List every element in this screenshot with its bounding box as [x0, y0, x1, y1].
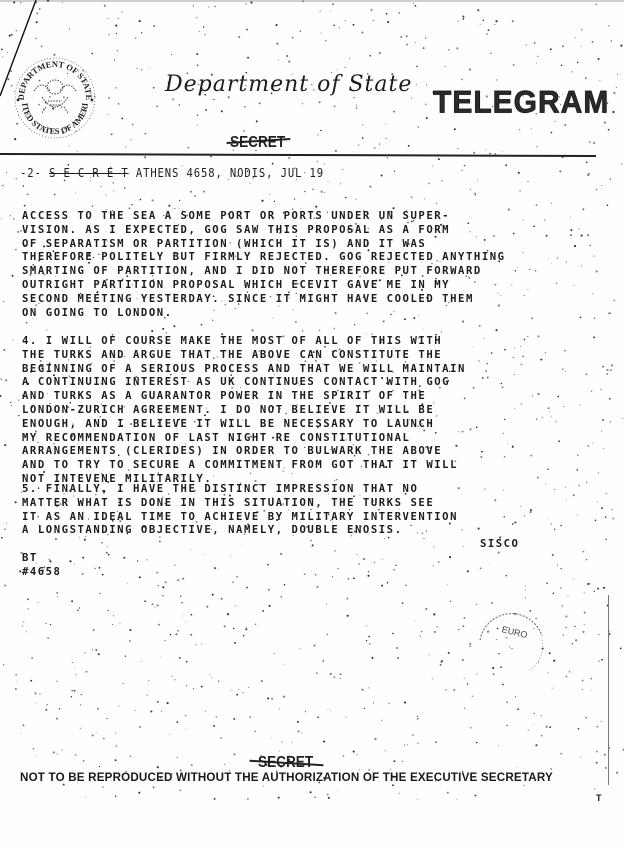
footer-mark: T	[596, 793, 602, 803]
right-margin-rule	[608, 595, 609, 785]
svg-text:EURO: EURO	[501, 624, 529, 640]
struck-classification: S E C R E T	[49, 166, 129, 180]
document-type-title: TELEGRAM	[433, 85, 609, 121]
agency-title: Department of State	[165, 72, 412, 97]
classification-marking-top: SECRET	[230, 134, 285, 152]
header-divider	[0, 153, 596, 157]
closing-block: BT #4658	[22, 552, 61, 580]
telegram-origin: ATHENS 4658, NODIS, JUL 19	[136, 166, 324, 180]
classification-marking-bottom: SECRET	[258, 754, 313, 772]
signature: SISCO	[480, 538, 519, 550]
page-marker: -2-	[20, 166, 42, 180]
paragraph-4: 4. I WILL OF COURSE MAKE THE MOST OF ALL…	[22, 335, 466, 487]
department-of-state-seal-icon: DEPARTMENT OF STATE UNITED STATES OF AME…	[12, 55, 98, 141]
paragraph-5: 5. FINALLY, I HAVE THE DISTINCT IMPRESSI…	[22, 483, 458, 538]
scan-top-border	[0, 0, 624, 2]
paragraph-continuation: ACCESS TO THE SEA A SOME PORT OR PORTS U…	[22, 210, 506, 320]
telegram-header-line: -2- S E C R E T ATHENS 4658, NODIS, JUL …	[20, 166, 324, 180]
reproduction-warning: NOT TO BE REPRODUCED WITHOUT THE AUTHORI…	[20, 771, 553, 784]
telegram-page: DEPARTMENT OF STATE UNITED STATES OF AME…	[0, 0, 624, 846]
receipt-stamp-icon: EURO	[470, 600, 560, 680]
